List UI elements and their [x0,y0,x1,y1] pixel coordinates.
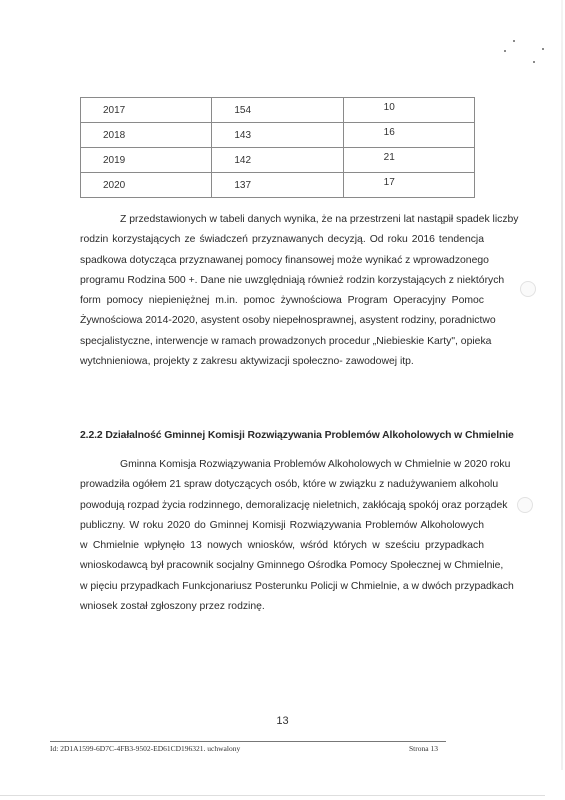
document-id: Id: 2D1A1599-6D7C-4FB3-9502-ED61CD196321… [50,744,240,753]
text-line: form pomocy niepieniężnej m.in. pomoc ży… [80,291,484,311]
table-cell: 2019 [81,148,212,173]
text-line: rodzin korzystających ze świadczeń przyz… [80,230,484,250]
table-cell: 17 [343,173,474,198]
text-line: wnioskodawcą był pracownik socjalny Gmin… [80,556,484,576]
text-line: wniosek został zgłoszony przez rodzinę. [80,597,484,617]
text-line: programu Rodzina 500 +. Dane nie uwzględ… [80,271,484,291]
table-cell: 2020 [81,173,212,198]
punch-hole-icon [517,497,533,513]
cell-value: 2018 [81,130,125,141]
table-cell: 10 [343,98,474,123]
text-line: publiczny. W roku 2020 do Gminnej Komisj… [80,516,484,536]
table-cell: 137 [212,173,343,198]
table-cell: 16 [343,123,474,148]
table-row: 201715410 [81,98,475,123]
cell-value: 2017 [81,105,125,116]
cell-value: 2019 [81,155,125,166]
text-line: powodują rozpad życia rodzinnego, demora… [80,496,484,516]
section-heading: 2.2.2 Działalność Gminnej Komisji Rozwią… [80,430,514,441]
scan-speck [504,50,506,52]
footer-divider [50,741,446,742]
table-row: 202013717 [81,173,475,198]
table-cell: 154 [212,98,343,123]
table-cell: 2017 [81,98,212,123]
page-bottom-edge [0,795,545,796]
scan-speck [533,61,535,63]
text-line: prowadziła ogółem 21 spraw dotyczących o… [80,475,484,495]
table-row: 201914221 [81,148,475,173]
page-number: 13 [0,715,565,727]
cell-value: 17 [344,177,395,188]
punch-hole-icon [520,281,536,297]
text-line: wytchnieniowa, projekty z zakresu aktywi… [80,352,484,372]
scan-speck [542,48,544,50]
page-edge-shadow [561,0,563,770]
cell-value: 21 [344,152,395,163]
cell-value: 154 [212,105,251,116]
cell-value: 16 [344,127,395,138]
cell-value: 142 [212,155,251,166]
cell-value: 2020 [81,180,125,191]
text-line: w Chmielnie wpłynęło 13 nowych wniosków,… [80,536,484,556]
scan-speck [513,40,515,42]
paragraph-2: Gminna Komisja Rozwiązywania Problemów A… [80,455,484,617]
cell-value: 143 [212,130,251,141]
text-line: Z przedstawionych w tabeli danych wynika… [80,210,484,230]
text-line: specjalistyczne, interwencje w ramach pr… [80,332,484,352]
cell-value: 10 [344,102,395,113]
cell-value: 137 [212,180,251,191]
text-line: w pięciu przypadkach Funkcjonariusz Post… [80,577,484,597]
table-cell: 21 [343,148,474,173]
text-line: Żywnościowa 2014-2020, asystent osoby ni… [80,311,484,331]
table-row: 201814316 [81,123,475,148]
table-cell: 142 [212,148,343,173]
data-table: 201715410201814316201914221202013717 [80,97,475,198]
footer-page-label: Strona 13 [409,744,438,753]
paragraph-1: Z przedstawionych w tabeli danych wynika… [80,210,484,372]
table-cell: 2018 [81,123,212,148]
text-line: Gminna Komisja Rozwiązywania Problemów A… [80,455,484,475]
text-line: spadkowa dotycząca przyznawanej pomocy f… [80,251,484,271]
table-cell: 143 [212,123,343,148]
